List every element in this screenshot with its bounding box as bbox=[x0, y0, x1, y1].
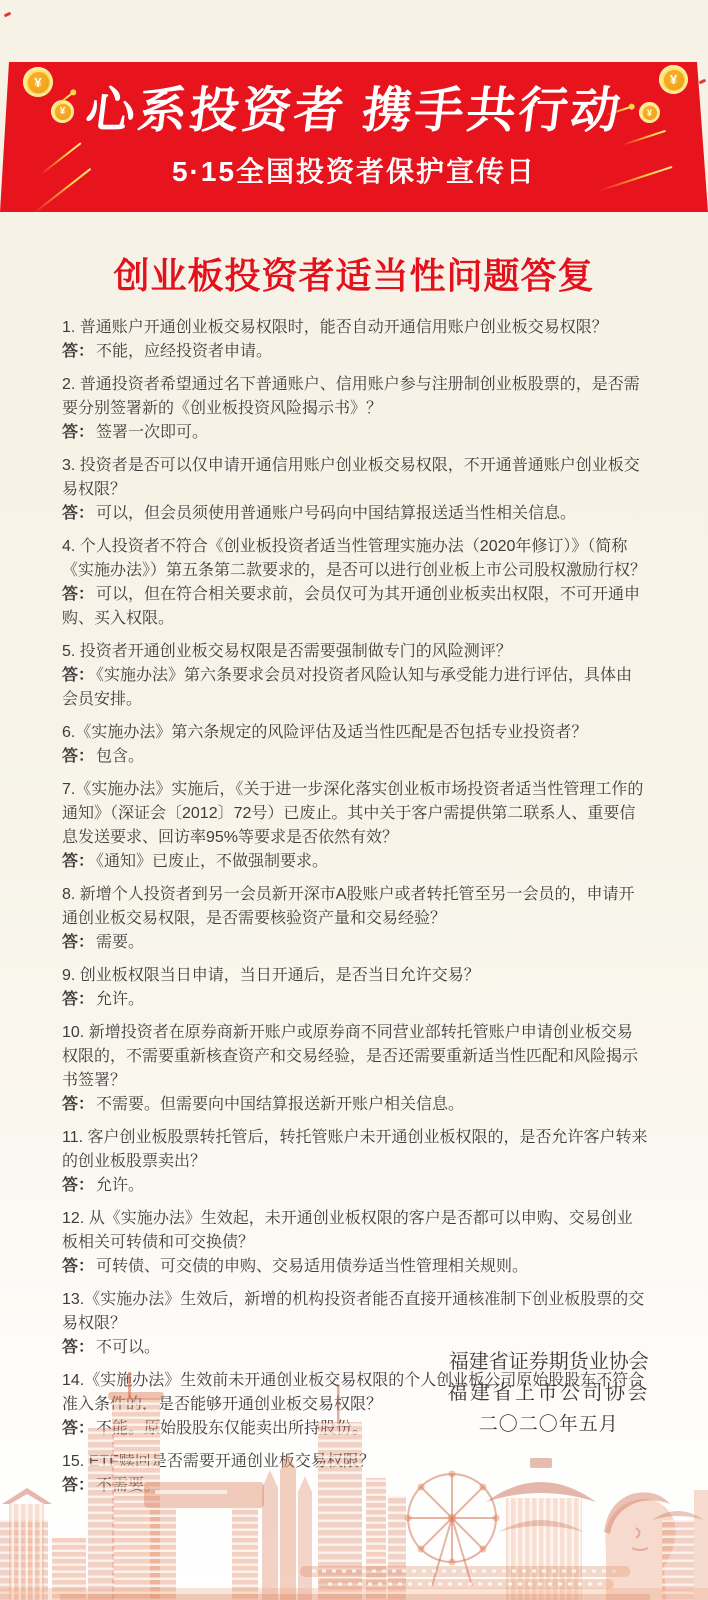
qa-item: 9. 创业板权限当日申请，当日开通后，是否当日允许交易？ 答：允许。 bbox=[62, 964, 648, 1012]
question-text: 9. 创业板权限当日申请，当日开通后，是否当日允许交易？ bbox=[62, 964, 648, 988]
answer-line: 答：可转债、可交债的申购、交易适用债券适当性管理相关规则。 bbox=[62, 1255, 648, 1279]
question-text: 1. 普通账户开通创业板交易权限时，能否自动开通信用账户创业板交易权限？ bbox=[62, 316, 648, 340]
coin-icon: ¥ bbox=[51, 100, 74, 123]
qa-item: 1. 普通账户开通创业板交易权限时，能否自动开通信用账户创业板交易权限？ 答：不… bbox=[62, 316, 648, 364]
qa-item: 5. 投资者开通创业板交易权限是否需要强制做专门的风险测评？ 答：《实施办法》第… bbox=[62, 640, 648, 712]
answer-text: 允许。 bbox=[96, 1177, 144, 1194]
qa-item: 2. 普通投资者希望通过名下普通账户、信用账户参与注册制创业板股票的，是否需要分… bbox=[62, 373, 648, 445]
sparkle-tick bbox=[699, 79, 707, 85]
answer-label: 答： bbox=[62, 586, 94, 603]
qa-item: 4. 个人投资者不符合《创业板投资者适当性管理实施办法（2020年修订）》（简称… bbox=[62, 535, 648, 631]
answer-line: 答：可以，但在符合相关要求前，会员仅可为其开通创业板卖出权限，不可开通申购、买入… bbox=[62, 583, 648, 631]
answer-text: 包含。 bbox=[96, 748, 144, 765]
answer-label: 答： bbox=[62, 934, 94, 951]
answer-text: 不能，应经投资者申请。 bbox=[96, 343, 272, 360]
qa-item: 7.《实施办法》实施后，《关于进一步深化落实创业板市场投资者适当性管理工作的通知… bbox=[62, 778, 648, 874]
sparkle-streak bbox=[598, 166, 673, 192]
qa-item: 6.《实施办法》第六条规定的风险评估及适当性匹配是否包括专业投资者？ 答：包含。 bbox=[62, 721, 648, 769]
answer-line: 答：不需要。但需要向中国结算报送新开账户相关信息。 bbox=[62, 1093, 648, 1117]
qa-item: 12. 从《实施办法》生效起，未开通创业板权限的客户是否都可以申购、交易创业板相… bbox=[62, 1207, 648, 1279]
sparkle-streak bbox=[622, 130, 666, 146]
answer-line: 答：允许。 bbox=[62, 1174, 648, 1198]
qa-item: 3. 投资者是否可以仅申请开通信用账户创业板交易权限，不开通普通账户创业板交易权… bbox=[62, 454, 648, 526]
answer-line: 答：需要。 bbox=[62, 931, 648, 955]
coin-icon: ¥ bbox=[659, 65, 688, 94]
question-text: 4. 个人投资者不符合《创业板投资者适当性管理实施办法（2020年修订）》（简称… bbox=[62, 535, 648, 583]
yuan-symbol: ¥ bbox=[643, 106, 657, 120]
answer-label: 答： bbox=[62, 505, 94, 522]
answer-label: 答： bbox=[62, 1258, 94, 1275]
qa-item: 10. 新增投资者在原券商新开账户或原券商不同营业部转托管账户申请创业板交易权限… bbox=[62, 1021, 648, 1117]
answer-line: 答：可以，但会员须使用普通账户号码向中国结算报送适当性相关信息。 bbox=[62, 502, 648, 526]
answer-line: 答：允许。 bbox=[62, 988, 648, 1012]
cityscape-illustration bbox=[0, 1370, 708, 1600]
answer-line: 答：《实施办法》第六条要求会员对投资者风险认知与承受能力进行评估，具体由会员安排… bbox=[62, 664, 648, 712]
answer-label: 答： bbox=[62, 853, 94, 870]
qa-item: 11. 客户创业板股票转托管后，转托管账户未开通创业板权限的，是否允许客户转来的… bbox=[62, 1126, 648, 1198]
answer-label: 答： bbox=[62, 343, 94, 360]
question-text: 7.《实施办法》实施后，《关于进一步深化落实创业板市场投资者适当性管理工作的通知… bbox=[62, 778, 648, 850]
answer-text: 需要。 bbox=[96, 934, 144, 951]
answer-text: 《通知》已废止，不做强制要求。 bbox=[96, 853, 328, 870]
answer-text: 不需要。但需要向中国结算报送新开账户相关信息。 bbox=[96, 1096, 464, 1113]
answer-line: 答：不能，应经投资者申请。 bbox=[62, 340, 648, 364]
answer-label: 答： bbox=[62, 748, 94, 765]
sparkle-streak bbox=[33, 168, 91, 214]
answer-label: 答： bbox=[62, 991, 94, 1008]
answer-label: 答： bbox=[62, 424, 94, 441]
answer-label: 答： bbox=[62, 1339, 94, 1356]
header-banner: ¥ ¥ ¥ ¥ 心系投资者 携手共行动 5·15全国投资者保护宣传日 bbox=[0, 62, 708, 212]
page-title: 创业板投资者适当性问题答复 bbox=[0, 248, 708, 299]
coin-icon: ¥ bbox=[23, 67, 53, 97]
answer-line: 答：签署一次即可。 bbox=[62, 421, 648, 445]
answer-text: 允许。 bbox=[96, 991, 144, 1008]
answer-label: 答： bbox=[62, 1177, 94, 1194]
sparkle-tick bbox=[4, 12, 12, 18]
qa-list: 1. 普通账户开通创业板交易权限时，能否自动开通信用账户创业板交易权限？ 答：不… bbox=[62, 316, 648, 1507]
question-text: 6.《实施办法》第六条规定的风险评估及适当性匹配是否包括专业投资者？ bbox=[62, 721, 648, 745]
answer-text: 可以，但会员须使用普通账户号码向中国结算报送适当性相关信息。 bbox=[96, 505, 576, 522]
qa-item: 8. 新增个人投资者到另一会员新开深市A股账户或者转托管至另一会员的，申请开通创… bbox=[62, 883, 648, 955]
poster-page: ¥ ¥ ¥ ¥ 心系投资者 携手共行动 5·15全国投资者保护宣传日 创业板投资… bbox=[0, 0, 708, 1600]
banner-title: 心系投资者 携手共行动 bbox=[83, 86, 626, 137]
question-text: 11. 客户创业板股票转托管后，转托管账户未开通创业板权限的，是否允许客户转来的… bbox=[62, 1126, 648, 1174]
question-text: 13.《实施办法》生效后，新增的机构投资者能否直接开通核准制下创业板股票的交易权… bbox=[62, 1288, 648, 1336]
answer-label: 答： bbox=[62, 1096, 94, 1113]
question-text: 8. 新增个人投资者到另一会员新开深市A股账户或者转托管至另一会员的，申请开通创… bbox=[62, 883, 648, 931]
answer-line: 答：包含。 bbox=[62, 745, 648, 769]
answer-label: 答： bbox=[62, 667, 94, 684]
answer-text: 签署一次即可。 bbox=[96, 424, 208, 441]
question-text: 2. 普通投资者希望通过名下普通账户、信用账户参与注册制创业板股票的，是否需要分… bbox=[62, 373, 648, 421]
sparkle-streak bbox=[39, 142, 81, 176]
yuan-symbol: ¥ bbox=[28, 72, 49, 93]
answer-text: 可转债、可交债的申购、交易适用债券适当性管理相关规则。 bbox=[96, 1258, 528, 1275]
question-text: 10. 新增投资者在原券商新开账户或原券商不同营业部转托管账户申请创业板交易权限… bbox=[62, 1021, 648, 1093]
answer-line: 答：《通知》已废止，不做强制要求。 bbox=[62, 850, 648, 874]
coin-icon: ¥ bbox=[639, 102, 660, 123]
yuan-symbol: ¥ bbox=[664, 70, 684, 90]
question-text: 5. 投资者开通创业板交易权限是否需要强制做专门的风险测评？ bbox=[62, 640, 648, 664]
answer-text: 不可以。 bbox=[96, 1339, 160, 1356]
question-text: 12. 从《实施办法》生效起，未开通创业板权限的客户是否都可以申购、交易创业板相… bbox=[62, 1207, 648, 1255]
answer-text: 《实施办法》第六条要求会员对投资者风险认知与承受能力进行评估，具体由会员安排。 bbox=[62, 667, 632, 708]
banner-subtitle: 5·15全国投资者保护宣传日 bbox=[172, 150, 536, 190]
question-text: 3. 投资者是否可以仅申请开通信用账户创业板交易权限，不开通普通账户创业板交易权… bbox=[62, 454, 648, 502]
answer-text: 可以，但在符合相关要求前，会员仅可为其开通创业板卖出权限，不可开通申购、买入权限… bbox=[62, 586, 640, 627]
